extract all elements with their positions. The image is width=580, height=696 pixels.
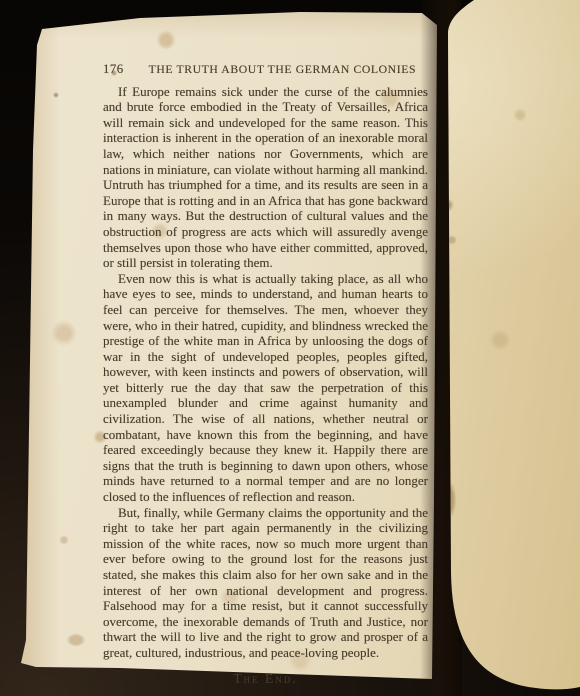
book-photo: 176 THE TRUTH ABOUT THE GERMAN COLONIES … xyxy=(0,0,580,696)
running-head: 176 THE TRUTH ABOUT THE GERMAN COLONIES xyxy=(103,62,428,78)
body-paragraph-2: Even now this is what is actually taking… xyxy=(103,271,428,505)
page-number: 176 xyxy=(103,62,124,78)
body-paragraph-3: But, finally, while Germany claims the o… xyxy=(103,505,428,661)
printed-text-block: 176 THE TRUTH ABOUT THE GERMAN COLONIES … xyxy=(103,62,428,686)
running-title: THE TRUTH ABOUT THE GERMAN COLONIES xyxy=(137,62,428,78)
the-end-label: The End. xyxy=(103,671,428,687)
body-paragraph-1: If Europe remains sick under the curse o… xyxy=(103,84,428,271)
